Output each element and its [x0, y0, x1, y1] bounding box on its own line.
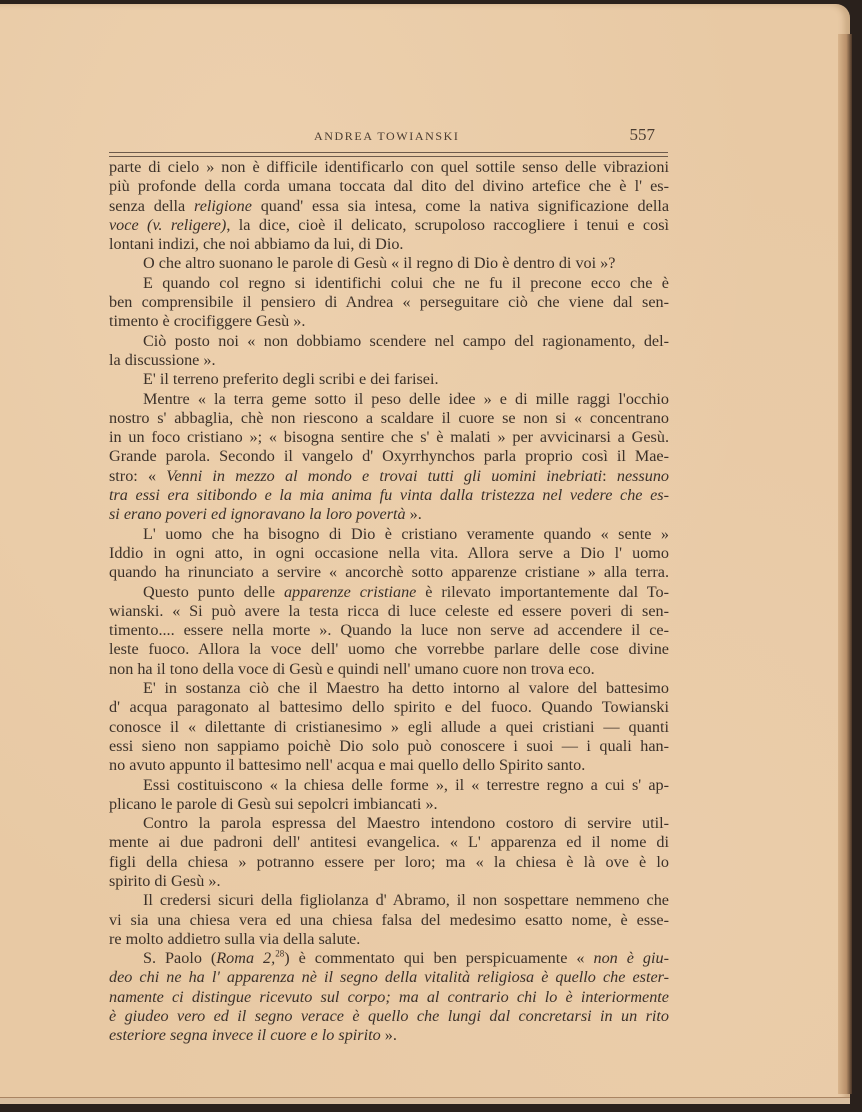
text-line: L' uomo che ha bisogno di Dio è cristian…: [109, 525, 669, 544]
text-line: senza della religione quand' essa sia in…: [109, 197, 669, 216]
text-line: conosce il « dilettante di cristianesimo…: [109, 718, 669, 737]
text-line: S. Paolo (Roma 2,28) è commentato qui be…: [109, 949, 669, 968]
running-title: ANDREA TOWIANSKI: [314, 129, 460, 144]
text-line: Contro la parola espressa del Maestro in…: [109, 814, 669, 833]
text-line: Il credersi sicuri della figliolanza d' …: [109, 891, 669, 910]
text-line: voce (v. religere), la dice, cioè il del…: [109, 216, 669, 235]
text-line: E' in sostanza ciò che il Maestro ha det…: [109, 679, 669, 698]
text-line: mente ai due padroni dell' antitesi evan…: [109, 833, 669, 852]
text-line: Grande parola. Secondo il vangelo d' Oxy…: [109, 447, 669, 466]
text-line: figli della chiesa » potranno essere per…: [109, 853, 669, 872]
text-line: stro: « Venni in mezzo al mondo e trovai…: [109, 467, 669, 486]
text-line: plicano le parole di Gesù sui sepolcri i…: [109, 795, 669, 814]
text-line: quando ha rinunciato a servire « ancorch…: [109, 563, 669, 582]
text-line: essi sieno non sappiamo poichè Dio solo …: [109, 737, 669, 756]
text-line: si erano poveri ed ignoravano la loro po…: [109, 505, 669, 524]
text-line: tra essi era sitibondo e la mia anima fu…: [109, 486, 669, 505]
text-line: Questo punto delle apparenze cristiane è…: [109, 583, 669, 602]
text-line: in un foco cristiano »; « bisogna sentir…: [109, 428, 669, 447]
text-line: no avuto appunto il battesimo nell' acqu…: [109, 756, 669, 775]
text-line: parte di cielo » non è difficile identif…: [109, 158, 669, 177]
text-line: vi sia una chiesa vera ed una chiesa fal…: [109, 911, 669, 930]
text-line: timento.... essere nella morte ». Quando…: [109, 621, 669, 640]
text-line: leste fuoco. Allora la voce dell' uomo c…: [109, 640, 669, 659]
text-line: Essi costituiscono « la chiesa delle for…: [109, 776, 669, 795]
text-line: E' il terreno preferito degli scribi e d…: [109, 370, 669, 389]
page-number: 557: [630, 125, 656, 145]
text-line: Iddio in ogni atto, in ogni occasione ne…: [109, 544, 669, 563]
text-line: è giudeo vero ed il segno verace è quell…: [109, 1007, 669, 1026]
text-line: wianski. « Si può avere la testa ricca d…: [109, 602, 669, 621]
text-line: esteriore segna invece il cuore e lo spi…: [109, 1026, 669, 1045]
text-line: non ha il tono della voce di Gesù e quin…: [109, 660, 669, 679]
text-line: d' acqua paragonato al battesimo dello s…: [109, 698, 669, 717]
text-line: spirito di Gesù ».: [109, 872, 669, 891]
text-line: la discussione ».: [109, 351, 669, 370]
page-edge: [838, 34, 852, 1094]
text-line: namente ci distingue ricevuto sul corpo;…: [109, 988, 669, 1007]
text-line: re molto addietro sulla via della salute…: [109, 930, 669, 949]
body-text: parte di cielo » non è difficile identif…: [109, 158, 669, 1046]
text-line: timento è crocifiggere Gesù ».: [109, 312, 669, 331]
text-line: lontani indizi, che noi abbiamo da lui, …: [109, 235, 669, 254]
text-line: deo chi ne ha l' apparenza nè il segno d…: [109, 968, 669, 987]
text-line: nostro s' abbaglia, chè non riescono a s…: [109, 409, 669, 428]
text-line: O che altro suonano le parole di Gesù « …: [109, 254, 669, 273]
text-line: ben comprensibile il pensiero di Andrea …: [109, 293, 669, 312]
text-line: Ciò posto noi « non dobbiamo scendere ne…: [109, 332, 669, 351]
text-line: E quando col regno si identifichi colui …: [109, 274, 669, 293]
text-line: Mentre « la terra geme sotto il peso del…: [109, 390, 669, 409]
text-line: più profonde della corda umana toccata d…: [109, 177, 669, 196]
page-bottom-edge: [0, 1097, 850, 1104]
header-rule: [109, 152, 668, 157]
running-header: ANDREA TOWIANSKI 557: [109, 127, 669, 147]
